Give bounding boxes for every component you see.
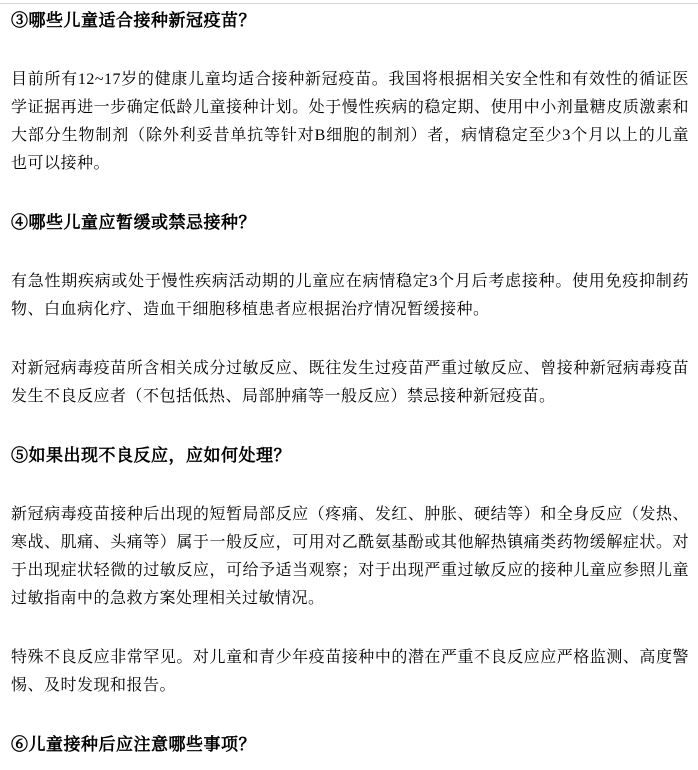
section-paragraph: 目前所有12~17岁的健康儿童均适合接种新冠疫苗。我国将根据相关安全性和有效性的…	[11, 66, 689, 178]
document-page: ③哪些儿童适合接种新冠疫苗？目前所有12~17岁的健康儿童均适合接种新冠疫苗。我…	[0, 0, 698, 770]
section-heading: ⑥儿童接种后应注意哪些事项？	[11, 731, 689, 759]
section-heading: ⑤如果出现不良反应，应如何处理？	[11, 442, 689, 470]
article-body: ③哪些儿童适合接种新冠疫苗？目前所有12~17岁的健康儿童均适合接种新冠疫苗。我…	[0, 4, 698, 759]
section-heading: ③哪些儿童适合接种新冠疫苗？	[11, 7, 689, 35]
section-heading: ④哪些儿童应暂缓或禁忌接种？	[11, 209, 689, 237]
section-paragraph: 新冠病毒疫苗接种后出现的短暂局部反应（疼痛、发红、肿胀、硬结等）和全身反应（发热…	[11, 501, 689, 613]
section-paragraph: 特殊不良反应非常罕见。对儿童和青少年疫苗接种中的潜在严重不良反应应严格监测、高度…	[11, 644, 689, 700]
section-paragraph: 对新冠病毒疫苗所含相关成分过敏反应、既往发生过疫苗严重过敏反应、曾接种新冠病毒疫…	[11, 355, 689, 411]
section-paragraph: 有急性期疾病或处于慢性疾病活动期的儿童应在病情稳定3个月后考虑接种。使用免疫抑制…	[11, 268, 689, 324]
